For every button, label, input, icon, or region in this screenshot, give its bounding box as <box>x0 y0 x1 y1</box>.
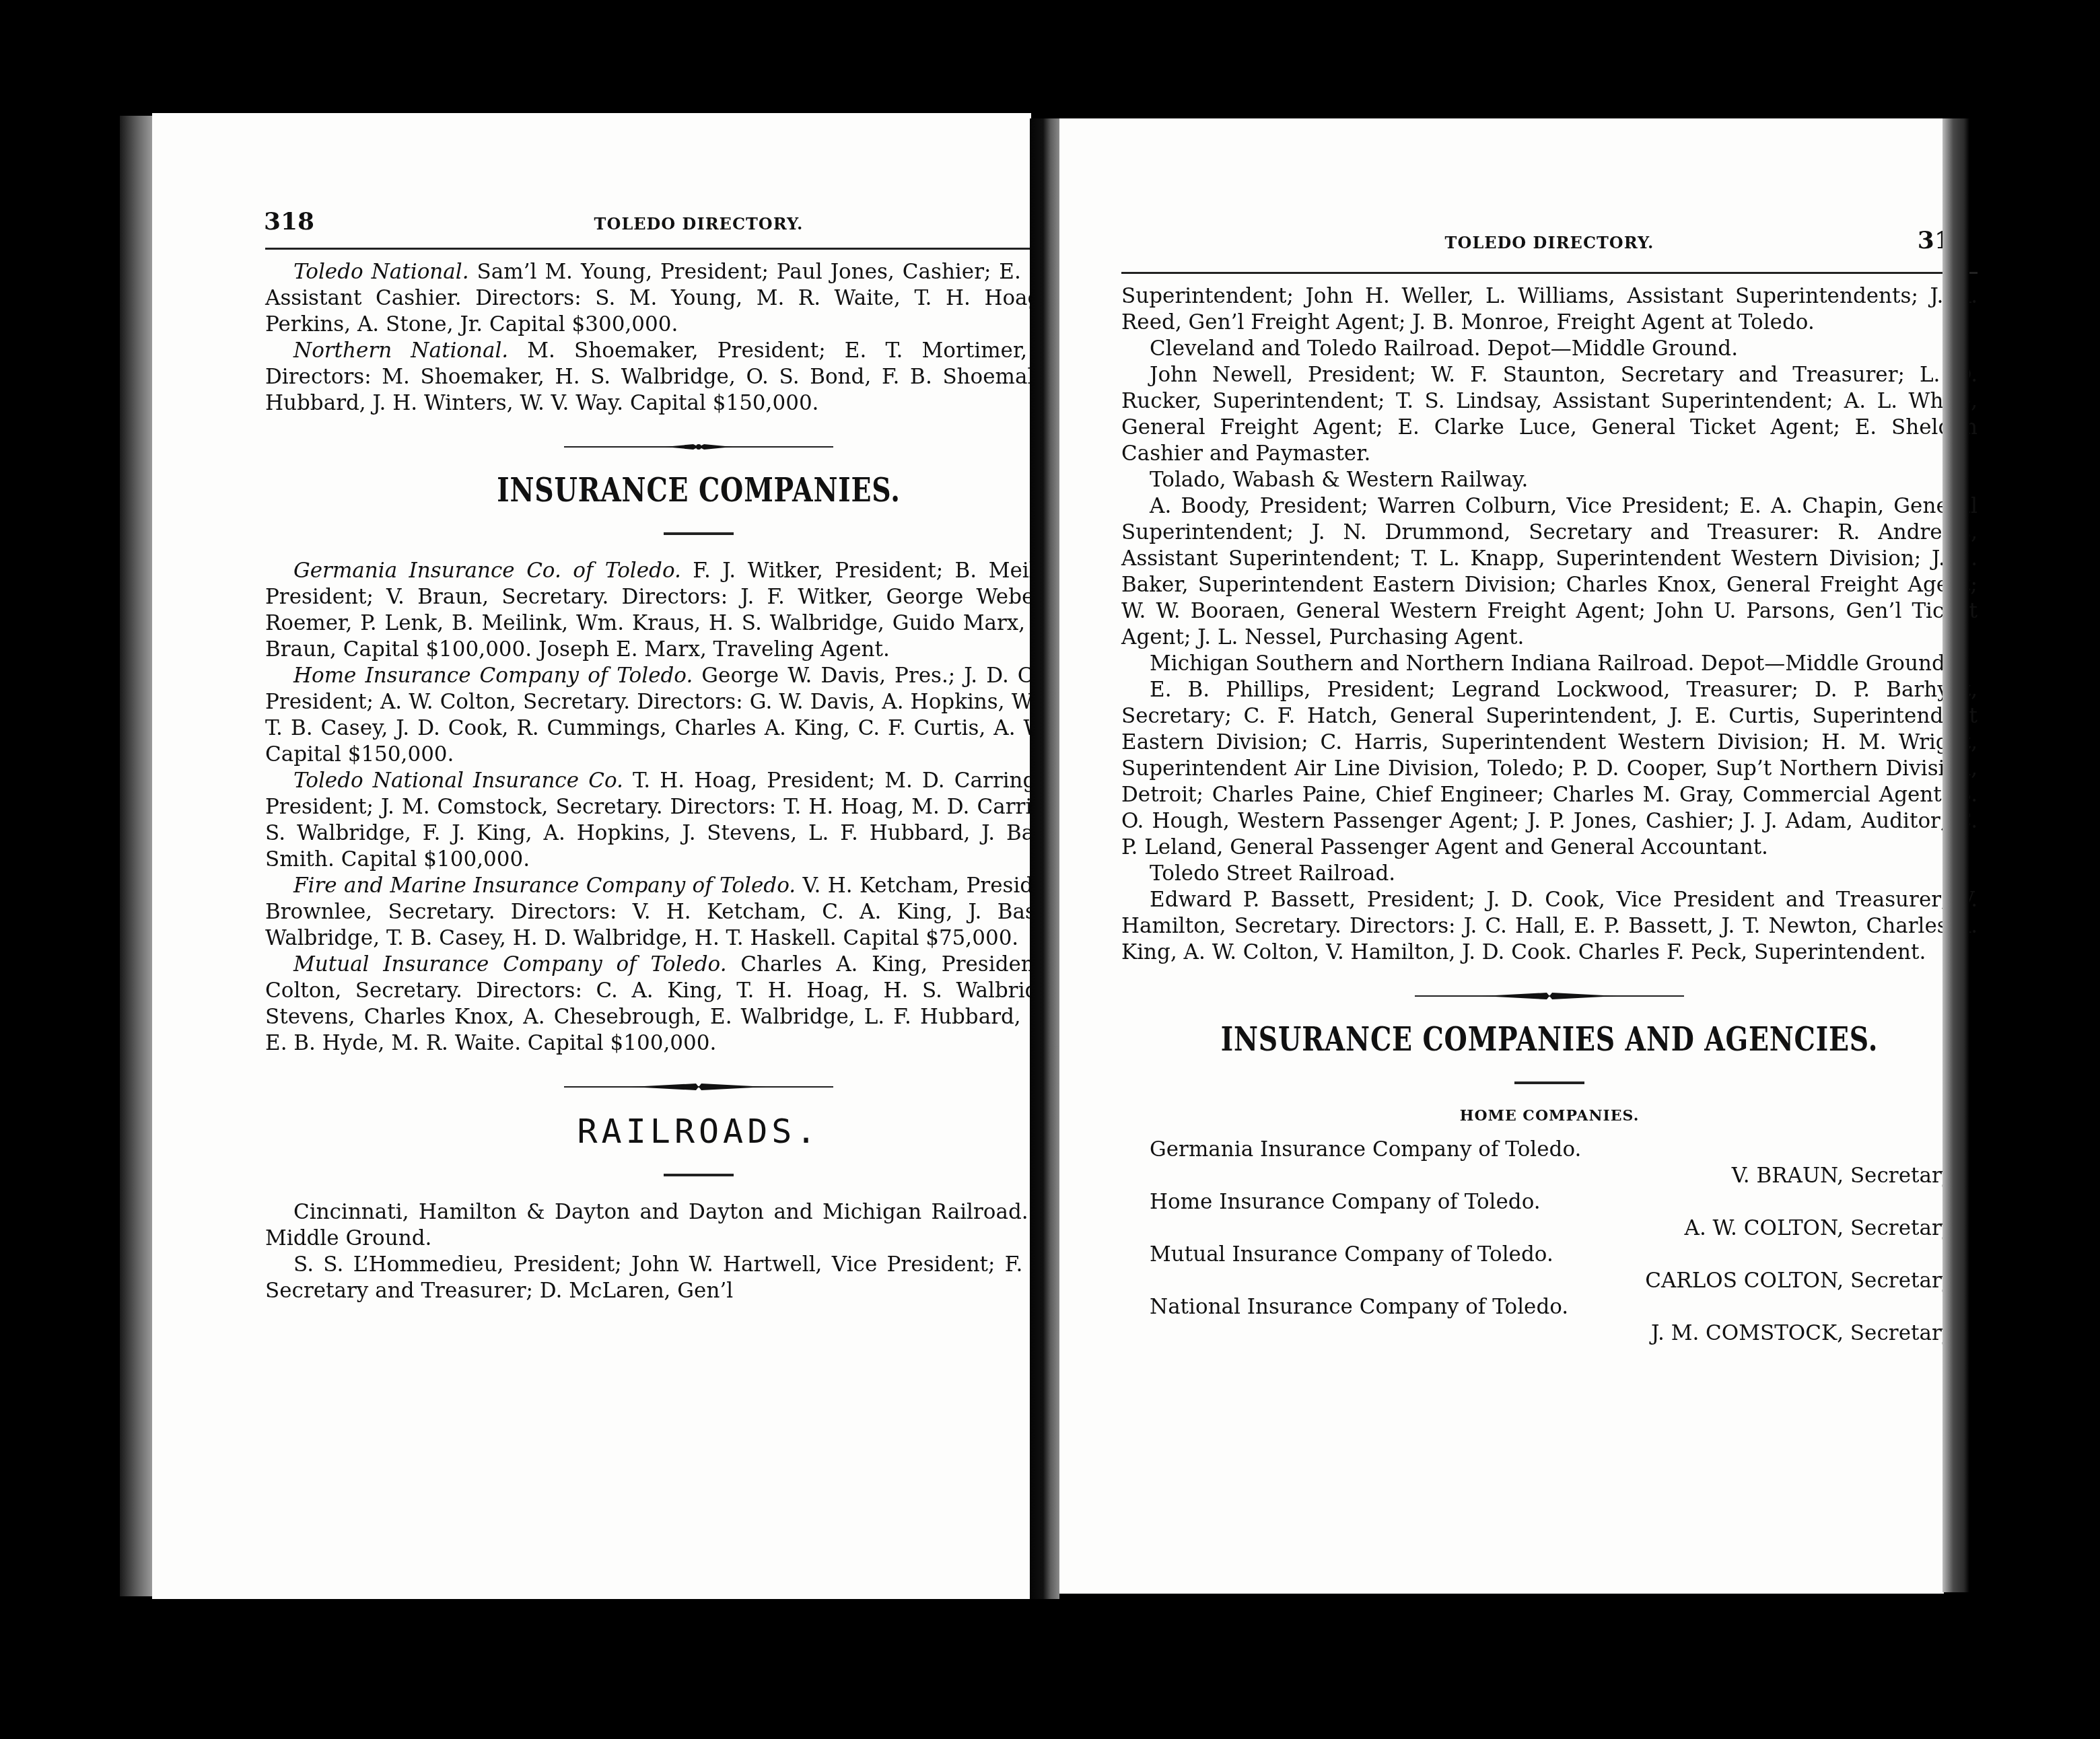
section-title-railroads: RAILROADS. <box>265 1112 1132 1151</box>
ornament-divider-icon <box>564 442 833 452</box>
company-name: Home Insurance Company of Toledo. <box>293 664 693 688</box>
railroad-entry: S. S. L’Hommedieu, President; John W. Ha… <box>265 1252 1132 1304</box>
company-name: Mutual Insurance Company of Toledo. <box>293 952 726 977</box>
head-rule <box>265 248 1132 250</box>
bank-entry: Northern National. M. Shoemaker, Preside… <box>265 338 1132 417</box>
railroad-entry: Edward P. Bassett, President; J. D. Cook… <box>1121 887 1978 966</box>
railroad-entry: John Newell, President; W. F. Staunton, … <box>1121 362 1978 467</box>
running-head-title: TOLEDO DIRECTORY. <box>265 214 1132 234</box>
left-page-edge <box>120 116 152 1596</box>
home-company-secretary: A. W. COLTON, Secretary. <box>1121 1215 1957 1242</box>
home-company-name: Mutual Insurance Company of Toledo. <box>1150 1242 1978 1268</box>
bank-name: Northern National. <box>293 339 508 363</box>
right-page-fore-edge <box>1943 118 1969 1592</box>
home-company: National Insurance Company of Toledo. J.… <box>1121 1294 1978 1347</box>
home-company-secretary: V. BRAUN, Secretary. <box>1121 1163 1957 1189</box>
insurance-entry: Toledo National Insurance Co. T. H. Hoag… <box>265 768 1132 873</box>
running-head: 318 TOLEDO DIRECTORY. <box>265 207 1132 248</box>
running-head-title: TOLEDO DIRECTORY. <box>1121 233 1978 252</box>
right-page: TOLEDO DIRECTORY. 319 Superintendent; Jo… <box>1058 118 1944 1594</box>
home-company: Germania Insurance Company of Toledo. V.… <box>1121 1137 1978 1189</box>
left-page: 318 TOLEDO DIRECTORY. Toledo National. S… <box>152 113 1031 1599</box>
short-rule <box>664 1174 734 1176</box>
bank-entry: Toledo National. Sam’l M. Young, Preside… <box>265 259 1132 338</box>
head-rule <box>1121 272 1978 274</box>
book-gutter <box>1030 118 1059 1599</box>
railroad-entry: A. Boody, President; Warren Colburn, Vic… <box>1121 493 1978 651</box>
railroad-entry-continued: Superintendent; John H. Weller, L. Willi… <box>1121 283 1978 336</box>
railroad-entry: Cincinnati, Hamilton & Dayton and Dayton… <box>265 1199 1132 1252</box>
company-name: Fire and Marine Insurance Company of Tol… <box>293 874 796 898</box>
ornament-divider-icon <box>1415 991 1684 1001</box>
bank-name: Toledo National. <box>293 260 469 284</box>
home-company-name: Home Insurance Company of Toledo. <box>1150 1189 1978 1215</box>
home-company: Home Insurance Company of Toledo. A. W. … <box>1121 1189 1978 1242</box>
home-company-name: National Insurance Company of Toledo. <box>1150 1294 1978 1320</box>
ornament-divider-icon <box>564 1082 833 1092</box>
railroad-entry: Toledo Street Railroad. <box>1121 861 1978 887</box>
running-head: TOLEDO DIRECTORY. 319 <box>1121 226 1978 267</box>
railroad-entry: Tolado, Wabash & Western Railway. <box>1121 467 1978 493</box>
home-company-name: Germania Insurance Company of Toledo. <box>1150 1137 1978 1163</box>
home-company: Mutual Insurance Company of Toledo. CARL… <box>1121 1242 1978 1294</box>
insurance-entry: Fire and Marine Insurance Company of Tol… <box>265 873 1132 952</box>
home-company-secretary: J. M. COMSTOCK, Secretary. <box>1121 1320 1957 1347</box>
home-companies-label: HOME COMPANIES. <box>1121 1107 1978 1125</box>
insurance-entry: Germania Insurance Co. of Toledo. F. J. … <box>265 558 1132 663</box>
insurance-entry: Home Insurance Company of Toledo. George… <box>265 663 1132 768</box>
short-rule <box>664 532 734 535</box>
company-name: Toledo National Insurance Co. <box>293 769 623 793</box>
right-page-column: TOLEDO DIRECTORY. 319 Superintendent; Jo… <box>1121 226 1978 1347</box>
railroad-entry: Michigan Southern and Northern Indiana R… <box>1121 651 1978 677</box>
section-title-agencies: INSURANCE COMPANIES AND AGENCIES. <box>1198 1021 1900 1059</box>
left-page-column: 318 TOLEDO DIRECTORY. Toledo National. S… <box>265 207 1132 1304</box>
railroad-entry: Cleveland and Toledo Railroad. Depot—Mid… <box>1121 336 1978 362</box>
home-company-secretary: CARLOS COLTON, Secretary. <box>1121 1268 1957 1294</box>
company-name: Germania Insurance Co. of Toledo. <box>293 559 681 583</box>
section-title-insurance: INSURANCE COMPANIES. <box>343 472 1054 509</box>
insurance-entry: Mutual Insurance Company of Toledo. Char… <box>265 952 1132 1057</box>
railroad-entry: E. B. Phillips, President; Legrand Lockw… <box>1121 677 1978 861</box>
short-rule <box>1514 1081 1584 1084</box>
